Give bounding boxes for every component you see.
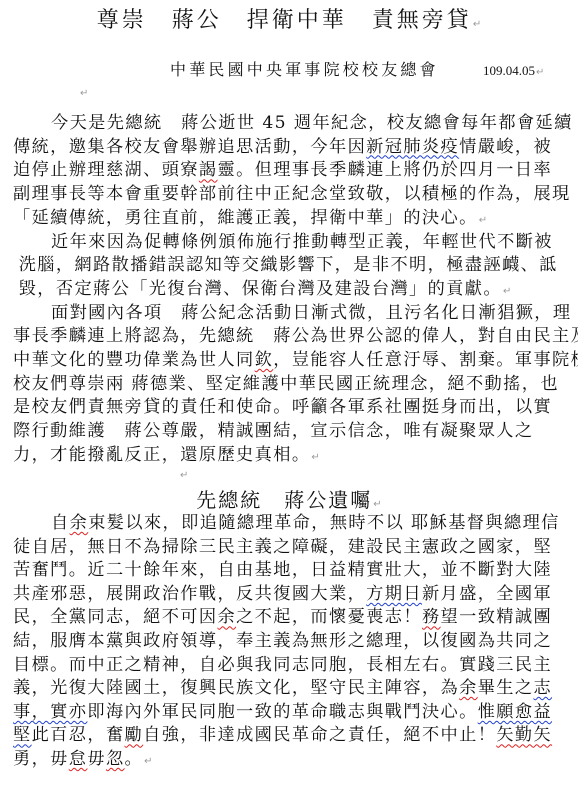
text-line: 義，光復大陸國土，復興民族文化，堅守民主陣容，為余畢生之志 <box>13 677 552 699</box>
text-segment: 近年來因為促轉條例頒佈施行推動轉型正義，年輕世代不斷被 <box>51 232 553 252</box>
grammar-error-text: 堅 <box>13 725 32 745</box>
grammar-error-text: 新冠肺炎疫 <box>366 137 459 157</box>
title-text: 尊崇 蔣公 捍衛中華 責無旁貸 <box>97 8 472 33</box>
text-segment: 中華文化的豐功偉業為世人同 <box>13 350 255 370</box>
text-line: 是校友們責無旁貸的責任和使命。呼籲各軍系社團挺身而出，以實 <box>13 396 552 418</box>
paragraph-mark-icon: ↵ <box>180 470 188 481</box>
spelling-error-text: 務 <box>422 607 441 627</box>
spelling-error-text: 忽 <box>106 749 125 769</box>
text-segment: 今天是先總統 蔣公逝世 45 週年紀念，校友總會每年都會延續 <box>51 113 573 133</box>
spelling-error-text: 余 <box>70 513 89 533</box>
spelling-error-text: 怠 <box>69 749 88 769</box>
document-title: 尊崇 蔣公 捍衛中華 責無旁貸↵ <box>0 6 578 40</box>
text-segment: 際行動維護 蔣公尊嚴，精誠團結，宣示信念，唯有凝聚眾人之 <box>13 421 533 441</box>
text-segment: ，豈能容人任意汙辱、割棄。軍事院校 <box>273 350 578 370</box>
text-line: 共產邪惡，展開政治作戰，反共復國大業，方期日新月盛，全國軍 <box>13 583 552 605</box>
text-line: 堅此百忍，奮勵自強，非達成國民革命之責任，絕不中止！矢勤矢 <box>13 724 552 746</box>
spelling-error-text: 勵 <box>125 725 144 745</box>
grammar-error-text: 志 <box>533 678 552 698</box>
text-line: 民，全黨同志，絕不可因余之不起，而懷憂喪志！務望一致精誠團 <box>13 606 552 628</box>
text-segment: 毋 <box>87 749 106 769</box>
text-line: 今天是先總統 蔣公逝世 45 週年紀念，校友總會每年都會延續 <box>51 112 573 134</box>
text-segment: 「延續傳統，勇往直前，維護正義，捍衛中華」的決心。 <box>13 208 478 228</box>
text-line: 傳統，邀集各校友會舉辦追思活動，今年因新冠肺炎疫情嚴峻，被 <box>13 136 552 158</box>
spelling-error-text: 余 <box>217 607 236 627</box>
text-segment: 此百忍，奮 <box>32 725 125 745</box>
text-line: 苦奮鬥。近二十餘年來，自由基地，日益精實壯大，並不斷對大陸 <box>13 559 552 581</box>
text-segment: 毀，否定蔣公「光復台灣、保衛台灣及建設台灣」的貢獻。 <box>19 279 502 299</box>
text-line: 「延續傳統，勇往直前，維護正義，捍衛中華」的決心。↵ <box>13 207 487 232</box>
paragraph-mark-icon: ↵ <box>473 19 481 30</box>
text-line: 際行動維護 蔣公尊嚴，精誠團結，宣示信念，唯有凝聚眾人之 <box>13 420 533 442</box>
spelling-error-text: 謁 <box>199 160 218 180</box>
paragraph-mark-icon: ↵ <box>311 452 319 463</box>
text-line: 目標。而中正之精神，自必與我同志同胞，長相左右。實踐三民主 <box>13 654 552 676</box>
section-title-text: 先總統 蔣公遺囑 <box>196 488 372 512</box>
text-line: 事，實亦即海內外軍民同胞一致的革命職志與戰鬥決心。惟願愈益 <box>13 701 552 723</box>
text-line: 中華文化的豐功偉業為世人同欽，豈能容人任意汙辱、割棄。軍事院校 <box>13 349 578 371</box>
text-line: 副理事長等本會重要幹部前往中正紀念堂致敬，以積極的作為，展現 <box>13 183 571 205</box>
text-line: 校友們尊崇兩 蔣德業、堅定維護中華民國正統理念，絕不動搖，也 <box>13 373 559 395</box>
text-segment: 校友們尊崇兩 蔣德業、堅定維護中華民國正統理念，絕不動搖，也 <box>13 374 559 394</box>
grammar-error-text: 方期日 <box>366 584 422 604</box>
document-date: 109.04.05↵ <box>483 60 544 84</box>
text-segment: 徒自居，無日不為掃除三民主義之障礙，建設民主憲政之國家，堅 <box>13 537 552 557</box>
text-segment: 是校友們責無旁貸的責任和使命。呼籲各軍系社團挺身而出，以實 <box>13 397 552 417</box>
text-segment: 靈。但理事長季麟連上將仍於四月一日率 <box>217 160 552 180</box>
text-segment: 新月盛，全國軍 <box>422 584 552 604</box>
paragraph-mark-icon: ↵ <box>144 756 152 767</box>
text-segment: 情嚴峻，被 <box>459 137 552 157</box>
text-line: 洗腦，網路散播錯誤認知等交織影響下，是非不明，極盡誣衊、詆 <box>19 254 558 276</box>
text-line: 力，才能撥亂反正，還原歷史真相。↵ <box>13 444 320 469</box>
paragraph-mark-icon: ↵ <box>80 88 88 99</box>
text-line: 徒自居，無日不為掃除三民主義之障礙，建設民主憲政之國家，堅 <box>13 536 552 558</box>
date-text: 109.04.05 <box>483 63 535 78</box>
text-segment: 洗腦，網路散播錯誤認知等交織影響下，是非不明，極盡誣衊、詆 <box>19 255 558 275</box>
organization-name: 中華民國中央軍事院校校友總會 <box>170 58 439 82</box>
text-segment: 苦奮鬥。近二十餘年來，自由基地，日益精實壯大，並不斷對大陸 <box>13 560 552 580</box>
text-line: 事長季麟連上將認為，先總統 蔣公為世界公認的偉人，對自由民主及 <box>13 325 578 347</box>
text-line: 面對國內各項 蔣公紀念活動日漸式微，且污名化日漸猖獗，理 <box>51 302 571 324</box>
paragraph-mark-icon: ↵ <box>479 215 487 226</box>
paragraph-mark-icon: ↵ <box>536 67 544 78</box>
text-segment: 民，全黨同志，絕不可因 <box>13 607 217 627</box>
text-segment: 目標。而中正之精神，自必與我同志同胞，長相左右。實踐三民主 <box>13 655 552 675</box>
text-line: 毀，否定蔣公「光復台灣、保衛台灣及建設台灣」的貢獻。↵ <box>19 278 512 303</box>
text-line: 迫停止辦理慈湖、頭寮謁靈。但理事長季麟連上將仍於四月一日率 <box>13 159 552 181</box>
text-segment: 自 <box>51 513 70 533</box>
text-segment: 望一致精誠團 <box>441 607 553 627</box>
spelling-error-text: 矢勤矢 <box>496 725 552 745</box>
paragraph-mark-icon: ↵ <box>373 499 381 510</box>
text-segment: 共產邪惡，展開政治作戰，反共復國大業， <box>13 584 366 604</box>
document-page: 尊崇 蔣公 捍衛中華 責無旁貸↵ 中華民國中央軍事院校校友總會 109.04.0… <box>0 0 578 791</box>
text-line: 勇，毋怠毋忽。↵ <box>13 748 153 773</box>
text-segment: 束髮以來，即追隨總理革命，無時不以 耶穌基督與總理信 <box>88 513 560 533</box>
text-segment: 義，光復大陸國土，復興民族文化，堅守民主陣容，為 <box>13 678 459 698</box>
text-segment: 即海內外軍民同胞一致的革命職志與戰鬥決心。 <box>87 702 477 722</box>
text-segment: 面對國內各項 蔣公紀念活動日漸式微，且污名化日漸猖獗，理 <box>51 303 571 323</box>
text-segment: 之不起，而懷憂喪志！ <box>236 607 422 627</box>
text-segment: 事長季麟連上將認為，先總統 蔣公為世界公認的偉人，對自由民主及 <box>13 326 578 346</box>
text-line: 結，服膺本黨與政府領導，奉主義為無形之總理，以復國為共同之 <box>13 630 552 652</box>
text-segment: 力，才能撥亂反正，還原歷史真相。 <box>13 445 310 465</box>
text-segment: 傳統，邀集各校友會舉辦追思活動，今年因 <box>13 137 366 157</box>
text-segment: 自強，非達成國民革命之責任，絕不中止！ <box>143 725 496 745</box>
text-segment: 迫停止辦理慈湖、頭寮 <box>13 160 199 180</box>
text-line: 自余束髮以來，即追隨總理革命，無時不以 耶穌基督與總理信 <box>51 512 560 534</box>
text-segment: 畢生之 <box>478 678 534 698</box>
paragraph-mark-icon: ↵ <box>503 286 511 297</box>
text-segment: 副理事長等本會重要幹部前往中正紀念堂致敬，以積極的作為，展現 <box>13 184 571 204</box>
text-segment: 勇，毋 <box>13 749 69 769</box>
text-line: 近年來因為促轉條例頒佈施行推動轉型正義，年輕世代不斷被 <box>51 231 553 253</box>
grammar-error-text: 惟願愈益 <box>478 702 552 722</box>
spelling-error-text: 余 <box>459 678 478 698</box>
grammar-error-text: 事，實亦 <box>13 702 87 722</box>
text-segment: 。 <box>125 749 144 769</box>
text-segment: 結，服膺本黨與政府領導，奉主義為無形之總理，以復國為共同之 <box>13 631 552 651</box>
spelling-error-text: 欽 <box>255 350 274 370</box>
